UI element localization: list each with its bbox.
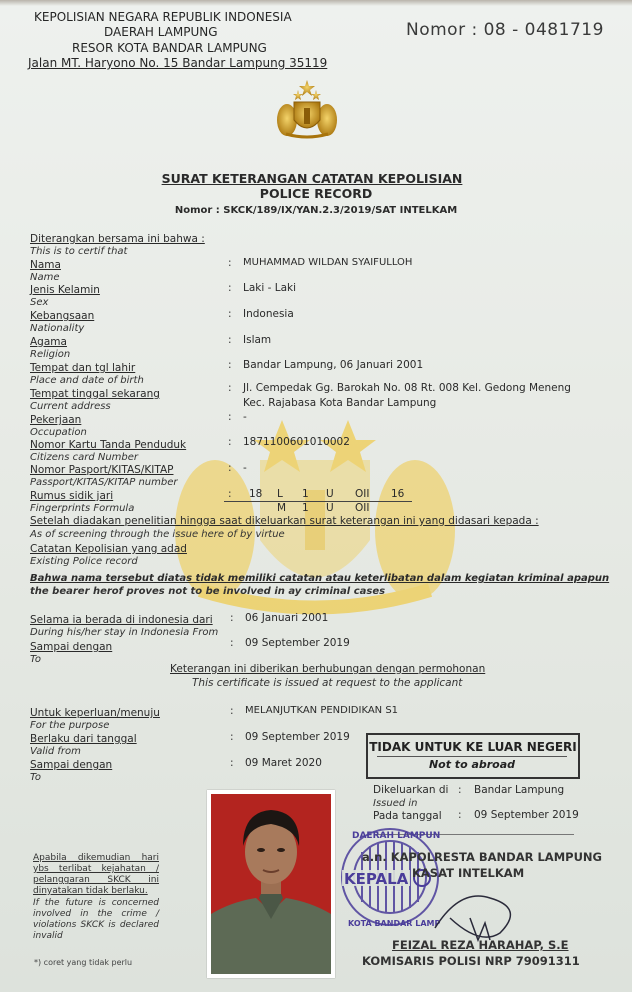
field-value-passport: - — [243, 462, 247, 474]
serial-number: Nomor : 08 - 0481719 — [406, 20, 604, 40]
colon: : — [228, 257, 232, 269]
field-en-fingerprint: Fingerprints Formula — [30, 503, 134, 514]
purpose-value: MELANJUTKAN PENDIDIKAN S1 — [245, 705, 398, 716]
police-emblem-icon — [272, 78, 342, 140]
colon: : — [228, 411, 232, 423]
colon: : — [228, 436, 232, 448]
stay-from-label: Selama ia berada di indonesia dari — [30, 614, 213, 626]
colon: : — [228, 382, 232, 394]
field-value-occupation: - — [243, 411, 247, 423]
colon: : — [230, 705, 234, 717]
colon: : — [228, 334, 232, 346]
stay-to-english: To — [30, 654, 41, 665]
not-abroad-notice: TIDAK UNTUK KE LUAR NEGERI Not to abroad — [366, 733, 580, 779]
colon: : — [458, 809, 462, 821]
field-en-birth: Place and date of birth — [30, 375, 144, 386]
request-english: This certificate is issued at request to… — [192, 677, 462, 689]
fp-bottom-4: OII — [355, 502, 369, 514]
org-line-3: RESOR KOTA BANDAR LAMPUNG — [72, 41, 267, 56]
valid-from-english: Valid from — [30, 746, 81, 757]
valid-until-english: To — [30, 772, 41, 783]
fp-top-5: OII — [355, 488, 369, 500]
field-label-address: Tempat tinggal sekarang — [30, 388, 160, 400]
field-value-birth: Bandar Lampung, 06 Januari 2001 — [243, 359, 423, 371]
police-record-document: KEPOLISIAN NEGARA REPUBLIK INDONESIA DAE… — [0, 0, 632, 992]
issued-date-value: 09 September 2019 — [474, 809, 579, 821]
issued-place-label: Dikeluarkan di — [373, 784, 448, 796]
document-title-english: POLICE RECORD — [0, 186, 632, 201]
field-value-address: Jl. Cempedak Gg. Barokah No. 08 Rt. 008 … — [243, 382, 571, 394]
statement-text: Bahwa nama tersebut diatas tidak memilik… — [30, 573, 609, 584]
applicant-photo — [207, 790, 335, 978]
field-label-passport: Nomor Pasport/KITAS/KITAP — [30, 464, 173, 476]
valid-from-value: 09 September 2019 — [245, 731, 350, 743]
purpose-label: Untuk keperluan/menuju — [30, 707, 160, 719]
colon: : — [228, 462, 232, 474]
colon: : — [228, 359, 232, 371]
field-en-id-card: Citizens card Number — [30, 452, 138, 463]
colon: : — [228, 308, 232, 320]
fp-divider — [224, 501, 412, 502]
issued-place-value: Bandar Lampung — [474, 784, 564, 796]
issued-date-label: Pada tanggal — [373, 810, 442, 822]
person-portrait-icon — [211, 794, 331, 974]
notice-text: TIDAK UNTUK KE LUAR NEGERI — [368, 740, 578, 754]
stay-to-value: 09 September 2019 — [245, 637, 350, 649]
intro-english: This is to certif that — [30, 246, 127, 257]
field-label-nationality: Kebangsaan — [30, 310, 94, 322]
signatory-rank: KOMISARIS POLISI NRP 79091311 — [362, 954, 580, 968]
notice-english: Not to abroad — [377, 756, 567, 771]
screening-text: Setelah diadakan penelitian hingga saat … — [30, 515, 539, 527]
field-label-occupation: Pekerjaan — [30, 414, 81, 426]
signatory-name: FEIZAL REZA HARAHAP, S.E — [392, 938, 569, 952]
intro-label: Diterangkan bersama ini bahwa : — [30, 233, 205, 245]
valid-until-value: 09 Maret 2020 — [245, 757, 322, 769]
field-en-nationality: Nationality — [30, 323, 84, 334]
field-label-religion: Agama — [30, 336, 67, 348]
stay-from-value: 06 Januari 2001 — [245, 612, 328, 624]
field-en-address: Current address — [30, 401, 111, 412]
field-label-fingerprint: Rumus sidik jari — [30, 490, 113, 502]
statement-english: the bearer herof proves not to be involv… — [30, 586, 385, 597]
org-line-1: KEPOLISIAN NEGARA REPUBLIK INDONESIA — [34, 10, 292, 25]
org-address: Jalan MT. Haryono No. 15 Bandar Lampung … — [28, 56, 327, 71]
colon: : — [228, 488, 232, 500]
colon: : — [230, 637, 234, 649]
field-value-sex: Laki - Laki — [243, 282, 296, 294]
field-value-religion: Islam — [243, 334, 271, 346]
document-title: SURAT KETERANGAN CATATAN KEPOLISIAN — [0, 171, 628, 186]
page-edge-shadow — [0, 0, 632, 6]
purpose-english: For the purpose — [30, 720, 109, 731]
footnote-text: Apabila dikemudian hari ybs terlibat kej… — [33, 853, 159, 897]
issued-place-english: Issued in — [373, 798, 418, 809]
stay-from-english: During his/her stay in Indonesia From — [30, 627, 218, 638]
colon: : — [230, 612, 234, 624]
strike-note: *) coret yang tidak perlu — [34, 958, 132, 967]
fp-top-4: U — [326, 488, 334, 500]
colon: : — [230, 731, 234, 743]
colon: : — [230, 757, 234, 769]
screening-english: As of screening through the issue here o… — [30, 529, 285, 540]
fp-bottom-2: 1 — [302, 502, 309, 514]
valid-until-label: Sampai dengan — [30, 759, 112, 771]
field-label-name: Nama — [30, 259, 61, 271]
field-value-address-line2: Kec. Rajabasa Kota Bandar Lampung — [243, 397, 436, 409]
fp-top-2: L — [277, 488, 283, 500]
record-english: Existing Police record — [30, 556, 138, 567]
field-value-name: MUHAMMAD WILDAN SYAIFULLOH — [243, 257, 412, 268]
valid-from-label: Berlaku dari tanggal — [30, 733, 137, 745]
signature-authority: a.n. KAPOLRESTA BANDAR LAMPUNG — [362, 850, 602, 864]
svg-text:KOTA BANDAR LAMPUNG: KOTA BANDAR LAMPUNG — [348, 919, 440, 928]
field-value-nationality: Indonesia — [243, 308, 294, 320]
colon: : — [458, 784, 462, 796]
field-label-id-card: Nomor Kartu Tanda Penduduk — [30, 439, 186, 451]
request-text: Keterangan ini diberikan berhubungan den… — [170, 663, 485, 675]
svg-text:KEPALA: KEPALA — [344, 870, 409, 888]
field-label-birth: Tempat dan tgl lahir — [30, 362, 135, 374]
field-en-sex: Sex — [30, 297, 48, 308]
field-value-id-card: 1871100601010002 — [243, 436, 350, 448]
field-en-religion: Religion — [30, 349, 70, 360]
fp-top-6: 16 — [391, 488, 404, 500]
org-line-2: DAERAH LAMPUNG — [104, 25, 218, 40]
field-en-occupation: Occupation — [30, 427, 87, 438]
fp-bottom-1: M — [277, 502, 286, 514]
document-number: Nomor : SKCK/189/IX/YAN.2.3/2019/SAT INT… — [0, 205, 632, 216]
record-label: Catatan Kepolisian yang adad — [30, 543, 187, 555]
fp-top-3: 1 — [302, 488, 309, 500]
fp-top-1: 18 — [249, 488, 262, 500]
field-label-sex: Jenis Kelamin — [30, 284, 100, 296]
field-en-name: Name — [30, 272, 60, 283]
fp-bottom-3: U — [326, 502, 334, 514]
footnote-english: If the future is concerned involved in t… — [33, 898, 159, 942]
field-en-passport: Passport/KITAS/KITAP number — [30, 477, 177, 488]
colon: : — [228, 282, 232, 294]
stay-to-label: Sampai dengan — [30, 641, 112, 653]
svg-text:DAERAH LAMPUNG: DAERAH LAMPUNG — [352, 831, 440, 841]
